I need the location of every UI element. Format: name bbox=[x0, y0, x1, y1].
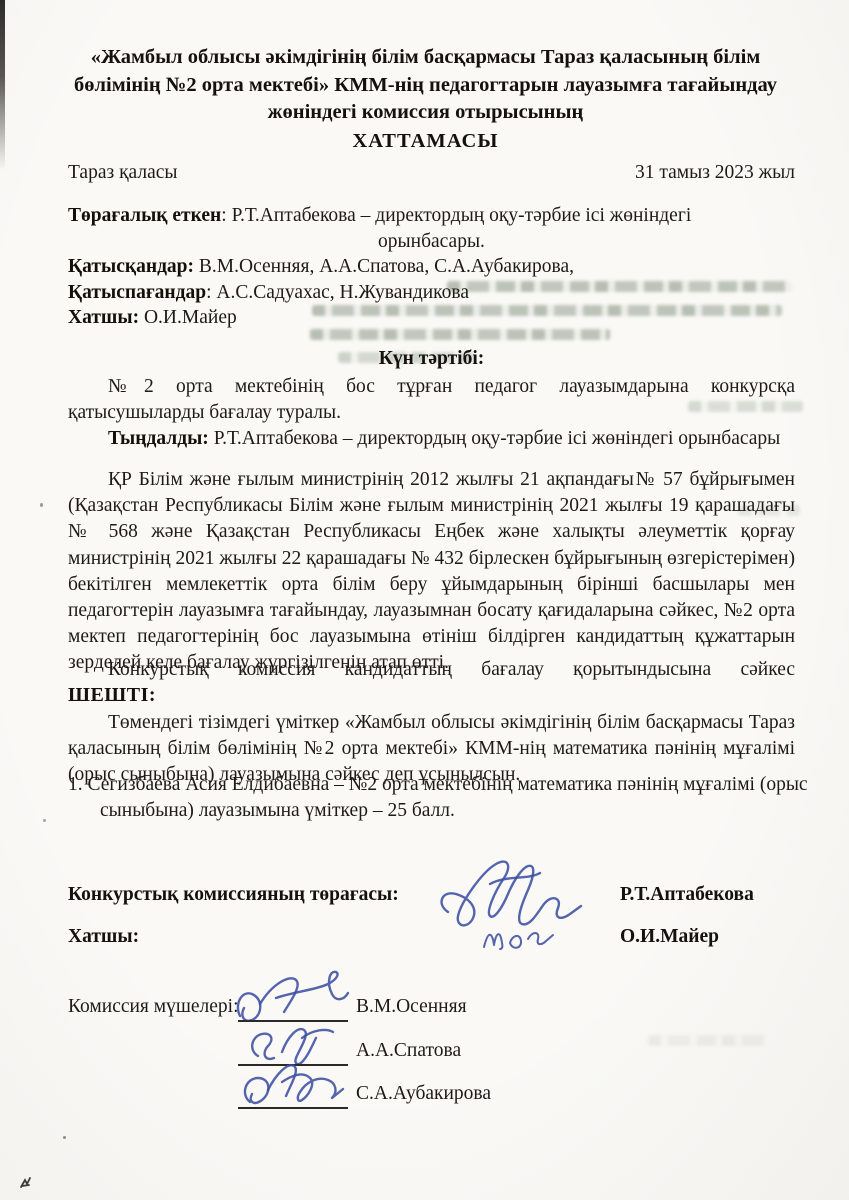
scan-edge-artifact bbox=[0, 0, 5, 170]
chairperson-label: Төрағалық еткен bbox=[68, 205, 221, 226]
heard-value: Р.Т.Аптабекова – директордың оқу-тәрбие … bbox=[214, 428, 781, 449]
heard-paragraph: Тыңдалды: Р.Т.Аптабекова – директордың о… bbox=[68, 426, 795, 452]
decision-heading: ШЕШТІ: bbox=[68, 684, 156, 707]
member-name: С.А.Аубакирова bbox=[356, 1083, 491, 1105]
secretary-signature-name: О.И.Майер bbox=[620, 926, 719, 948]
secretary-value: О.И.Майер bbox=[144, 307, 237, 328]
document-date: 31 тамыз 2023 жыл bbox=[635, 162, 795, 184]
scanned-document-page: «Жамбыл облысы әкімдігінің білім басқарм… bbox=[0, 0, 849, 1200]
signature-secretary bbox=[478, 917, 558, 957]
scan-speck bbox=[43, 819, 46, 822]
scan-corner-mark bbox=[18, 1174, 34, 1190]
officials-block: Төрағалық еткен: Р.Т.Аптабекова – директ… bbox=[68, 203, 795, 331]
document-title: «Жамбыл облысы әкімдігінің білім басқарм… bbox=[62, 44, 789, 155]
chairman-signature-name: Р.Т.Аптабекова bbox=[620, 884, 754, 906]
secretary-label: Хатшы: bbox=[68, 307, 139, 328]
place-name: Тараз қаласы bbox=[68, 162, 178, 184]
title-line: жөніндегі комиссия отырысының bbox=[62, 99, 789, 127]
title-line: «Жамбыл облысы әкімдігінің білім басқарм… bbox=[62, 44, 789, 72]
decision-intro-paragraph: Конкурстық комиссия кандидаттың бағалау … bbox=[68, 657, 795, 683]
agenda-heading: Күн тәртібі: bbox=[68, 348, 795, 370]
chairperson-value: : Р.Т.Аптабекова – директордың оқу-тәрби… bbox=[221, 205, 691, 226]
bleed-through-line bbox=[648, 1035, 768, 1046]
scan-speck bbox=[63, 1136, 66, 1139]
secretary-signature-label: Хатшы: bbox=[68, 926, 139, 948]
member-name: А.А.Спатова bbox=[356, 1040, 461, 1062]
absent-value: : А.С.Садуахас, Н.Жувандикова bbox=[206, 282, 469, 303]
attended-label: Қатысқандар: bbox=[68, 256, 194, 277]
candidate-list-item: 1. Сегизбаева Асия Елдибаевна – №2 орта … bbox=[68, 772, 827, 823]
signature-member-3 bbox=[238, 1052, 353, 1114]
agenda-paragraph: №2 орта мектебінің бос тұрған педагог ла… bbox=[68, 374, 795, 426]
title-line: бөлімінің №2 орта мектебі» КММ-нің педаг… bbox=[62, 72, 789, 100]
absent-line: Қатыспағандар: А.С.Садуахас, Н.Жувандико… bbox=[68, 280, 795, 306]
scan-speck bbox=[40, 503, 43, 507]
absent-label: Қатыспағандар bbox=[68, 282, 206, 303]
title-protocol-word: ХАТТАМАСЫ bbox=[62, 128, 789, 156]
members-label: Комиссия мүшелері: bbox=[68, 996, 239, 1018]
main-paragraph: ҚР Білім және ғылым министрінің 2012 жыл… bbox=[68, 467, 795, 677]
chairperson-line-2: орынбасары. bbox=[68, 229, 795, 255]
place-date-row: Тараз қаласы 31 тамыз 2023 жыл bbox=[68, 162, 795, 184]
secretary-line: Хатшы: О.И.Майер bbox=[68, 305, 795, 331]
chairman-signature-label: Конкурстық комиссияның төрағасы: bbox=[68, 884, 399, 906]
attended-line: Қатысқандар: В.М.Осенняя, А.А.Спатова, С… bbox=[68, 254, 795, 280]
signature-line bbox=[238, 1107, 348, 1109]
chairperson-line: Төрағалық еткен: Р.Т.Аптабекова – директ… bbox=[68, 203, 795, 229]
member-name: В.М.Осенняя bbox=[356, 996, 467, 1018]
attended-value: В.М.Осенняя, А.А.Спатова, С.А.Аубакирова… bbox=[199, 256, 574, 277]
heard-label: Тыңдалды: bbox=[108, 428, 209, 449]
